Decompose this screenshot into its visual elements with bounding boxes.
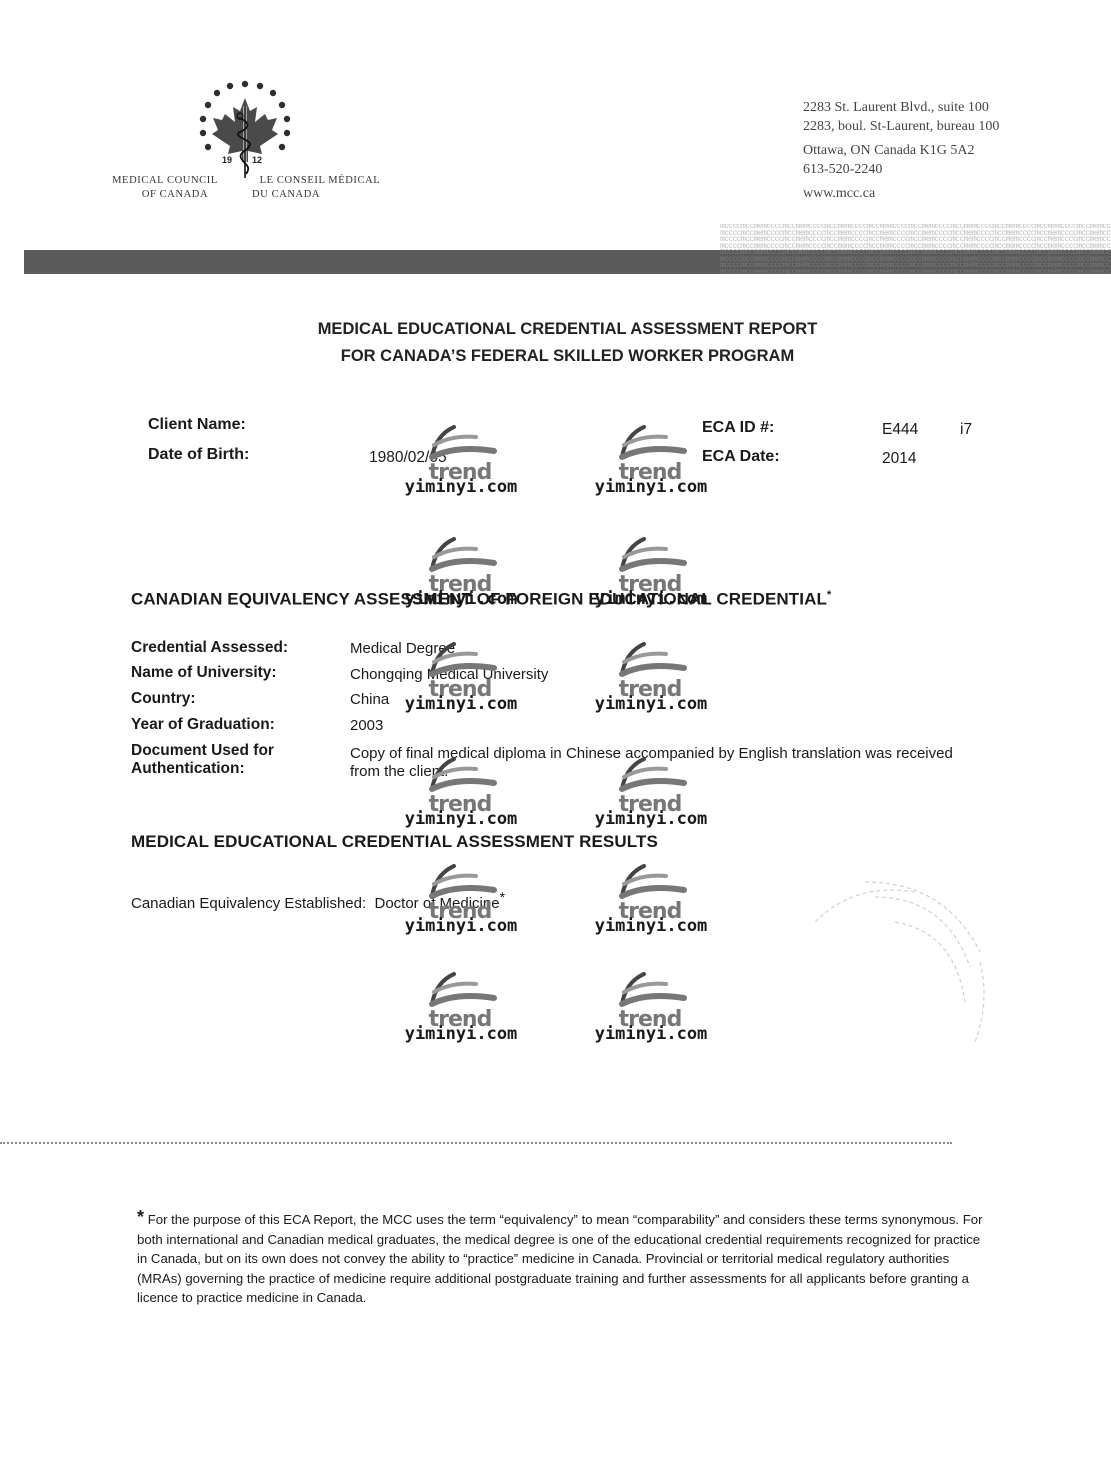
trend-logo-icon: trend: [606, 862, 696, 920]
footnote-text: For the purpose of this ECA Report, the …: [137, 1212, 983, 1305]
address-city: Ottawa, ON Canada K1G 5A2: [803, 141, 999, 160]
watermark: trendyiminyi.com: [386, 755, 536, 839]
mcc-logo: 19 12 MEDICAL COUNCIL OF CANADA LE CONSE…: [100, 78, 390, 208]
report-title-line2: FOR CANADA’S FEDERAL SKILLED WORKER PROG…: [12, 343, 1111, 370]
divider: [0, 1142, 952, 1144]
svg-text:12: 12: [252, 155, 262, 165]
watermark-url: yiminyi.com: [386, 694, 536, 714]
credential-assessed-label: Credential Assessed:: [131, 639, 288, 657]
document-used-label: Document Used for Authentication:: [131, 742, 311, 778]
org-name-fr-line1: LE CONSEIL MÉDICAL: [250, 174, 390, 188]
watermark: trendyiminyi.com: [386, 862, 536, 946]
client-name-label: Client Name:: [148, 416, 246, 434]
trend-logo-icon: trend: [416, 535, 506, 593]
trend-logo-icon: trend: [606, 535, 696, 593]
trend-logo-icon: trend: [416, 862, 506, 920]
watermark-url: yiminyi.com: [386, 477, 536, 497]
trend-logo-icon: trend: [416, 755, 506, 813]
eca-id-value-tail: i7: [960, 421, 972, 439]
graduation-year-label: Year of Graduation:: [131, 716, 275, 734]
country-value: China: [350, 691, 389, 709]
eca-date-value: 2014: [882, 450, 916, 468]
watermark-url: yiminyi.com: [576, 1024, 726, 1044]
report-title-line1: MEDICAL EDUCATIONAL CREDENTIAL ASSESSMEN…: [12, 316, 1111, 343]
trend-logo-icon: trend: [416, 423, 506, 481]
equivalency-established-label: Canadian Equivalency Established:: [131, 895, 366, 912]
footnote-mark: *: [137, 1207, 144, 1227]
address-line-en: 2283 St. Laurent Blvd., suite 100: [803, 98, 999, 117]
university-label: Name of University:: [131, 664, 277, 682]
address-block: 2283 St. Laurent Blvd., suite 100 2283, …: [803, 98, 999, 203]
dob-label: Date of Birth:: [148, 446, 249, 464]
address-line-fr: 2283, boul. St-Laurent, bureau 100: [803, 117, 999, 136]
footnote: * For the purpose of this ECA Report, th…: [137, 1210, 987, 1308]
watermark: trendyiminyi.com: [386, 423, 536, 507]
watermark: trendyiminyi.com: [576, 640, 726, 724]
org-name-en: MEDICAL COUNCIL OF CANADA: [100, 174, 230, 202]
trend-logo-icon: trend: [606, 640, 696, 698]
org-name-en-line2: OF CANADA: [100, 188, 230, 202]
address-phone: 613-520-2240: [803, 160, 999, 179]
watermark-url: yiminyi.com: [576, 694, 726, 714]
watermark-url: yiminyi.com: [576, 589, 726, 609]
org-name-fr-line2: DU CANADA: [250, 188, 390, 202]
watermark: trendyiminyi.com: [386, 640, 536, 724]
watermark: trendyiminyi.com: [386, 535, 536, 619]
band-pattern: mccccmccmemccccmccmemccccmccmemccccmccme…: [720, 224, 1111, 274]
watermark-url: yiminyi.com: [576, 477, 726, 497]
watermark: trendyiminyi.com: [576, 755, 726, 839]
watermark-url: yiminyi.com: [386, 916, 536, 936]
org-name-fr: LE CONSEIL MÉDICAL DU CANADA: [250, 174, 390, 202]
watermark: trendyiminyi.com: [576, 423, 726, 507]
official-seal: [795, 862, 1005, 1052]
maple-leaf-caduceus-icon: 19 12: [100, 78, 390, 178]
watermark-url: yiminyi.com: [386, 1024, 536, 1044]
watermark-url: yiminyi.com: [386, 809, 536, 829]
trend-logo-icon: trend: [416, 640, 506, 698]
watermark: trendyiminyi.com: [576, 970, 726, 1054]
watermark: trendyiminyi.com: [576, 862, 726, 946]
watermark: trendyiminyi.com: [576, 535, 726, 619]
trend-logo-icon: trend: [606, 423, 696, 481]
trend-logo-icon: trend: [416, 970, 506, 1028]
eca-id-value: E444: [882, 421, 918, 439]
watermark-url: yiminyi.com: [576, 809, 726, 829]
watermark-url: yiminyi.com: [386, 589, 536, 609]
trend-logo-icon: trend: [606, 755, 696, 813]
graduation-year-value: 2003: [350, 717, 383, 735]
svg-text:19: 19: [222, 155, 232, 165]
org-name-en-line1: MEDICAL COUNCIL: [100, 174, 230, 188]
report-title: MEDICAL EDUCATIONAL CREDENTIAL ASSESSMEN…: [0, 316, 1111, 370]
trend-logo-icon: trend: [606, 970, 696, 1028]
country-label: Country:: [131, 690, 196, 708]
address-website[interactable]: www.mcc.ca: [803, 184, 999, 203]
watermark: trendyiminyi.com: [386, 970, 536, 1054]
watermark-url: yiminyi.com: [576, 916, 726, 936]
